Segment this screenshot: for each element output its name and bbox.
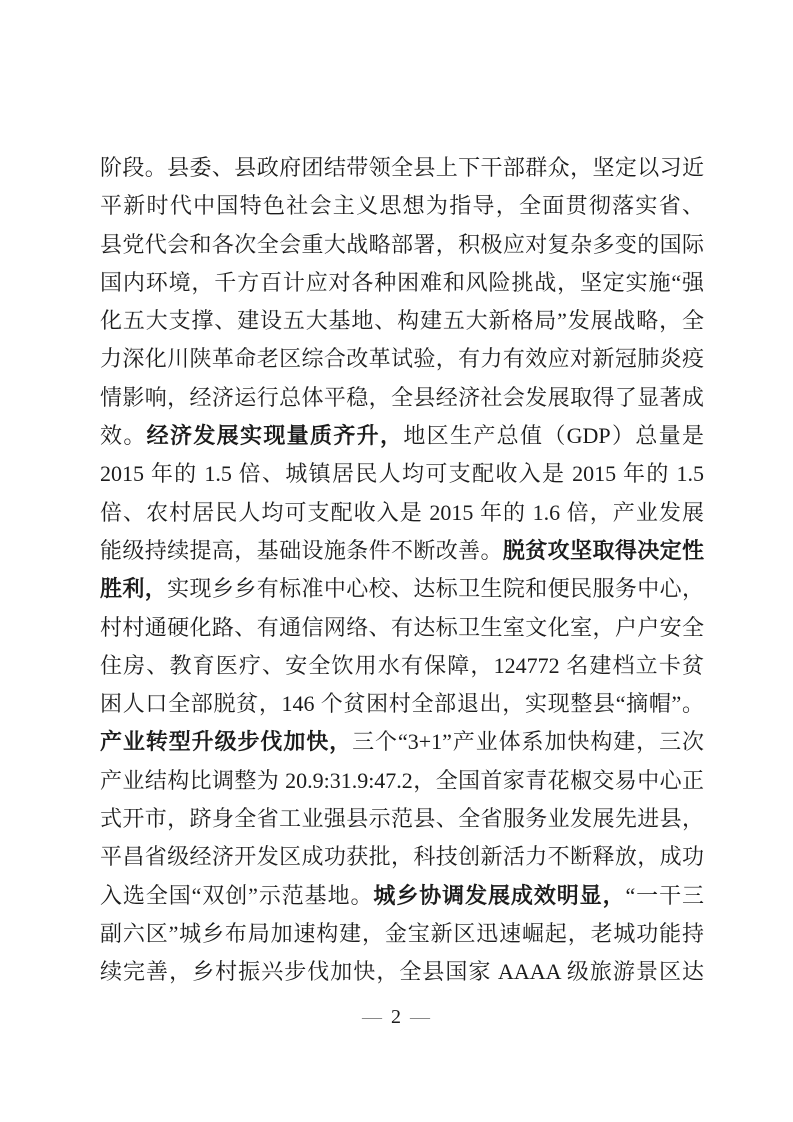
body-text: 续完善，乡村振兴步伐加快，全县国家 AAAA 级旅游景区达: [100, 959, 704, 984]
footer-dash-left: —: [362, 1006, 383, 1028]
emphasis-text: 经济发展实现量质齐升，: [147, 423, 404, 448]
body-text: 地区生产总值（GDP）总量是: [403, 423, 704, 448]
text-line: 化五大支撑、建设五大基地、构建五大新格局”发展战略，全: [100, 302, 704, 340]
body-text: 村村通硬化路、有通信网络、有达标卫生室文化室，户户安全: [100, 615, 704, 640]
text-line: 入选全国“双创”示范基地。城乡协调发展成效明显，“一干三: [100, 877, 704, 915]
body-text: 副六区”城乡布局加速构建，金宝新区迅速崛起，老城功能持: [100, 921, 704, 946]
text-line: 倍、农村居民人均可支配收入是 2015 年的 1.6 倍，产业发展: [100, 494, 704, 532]
text-line: 平昌省级经济开发区成功获批，科技创新活力不断释放，成功: [100, 838, 704, 876]
emphasis-text: 胜利，: [100, 576, 167, 601]
body-text: 三个“3+1”产业体系加快构建，三次: [352, 729, 704, 754]
body-text: 能级持续提高，基础设施条件不断改善。: [100, 538, 503, 563]
text-line: 产业结构比调整为 20.9:31.9:47.2，全国首家青花椒交易中心正: [100, 762, 704, 800]
body-text: 产业结构比调整为 20.9:31.9:47.2，全国首家青花椒交易中心正: [100, 768, 704, 793]
body-text: 化五大支撑、建设五大基地、构建五大新格局”发展战略，全: [100, 308, 704, 333]
body-text: 住房、教育医疗、安全饮用水有保障，124772 名建档立卡贫: [100, 653, 704, 678]
emphasis-text: 城乡协调发展成效明显，: [373, 883, 625, 908]
body-text: 实现乡乡有标准中心校、达标卫生院和便民服务中心，: [167, 576, 704, 601]
text-line: 平新时代中国特色社会主义思想为指导，全面贯彻落实省、市、: [100, 187, 704, 225]
page-number: 2: [389, 1006, 404, 1028]
text-line: 胜利，实现乡乡有标准中心校、达标卫生院和便民服务中心，: [100, 570, 704, 608]
emphasis-text: 产业转型升级步伐加快，: [100, 729, 352, 754]
text-line: 续完善，乡村振兴步伐加快，全县国家 AAAA 级旅游景区达: [100, 953, 704, 991]
body-text: 平新时代中国特色社会主义思想为指导，全面贯彻落实省、市、: [100, 193, 704, 225]
body-text: 县党代会和各次全会重大战略部署，积极应对复杂多变的国际: [100, 232, 704, 257]
page-footer: — 2 —: [0, 1002, 793, 1032]
body-text: 国内环境，千方百计应对各种困难和风险挑战，坚定实施“强: [100, 270, 704, 295]
text-line: 式开市，跻身全省工业强县示范县、全省服务业发展先进县，: [100, 800, 704, 838]
text-line: 能级持续提高，基础设施条件不断改善。脱贫攻坚取得决定性: [100, 532, 704, 570]
body-text: “一干三: [625, 883, 704, 908]
text-line: 2015 年的 1.5 倍、城镇居民人均可支配收入是 2015 年的 1.5: [100, 455, 704, 493]
body-text: 效。: [100, 423, 147, 448]
text-line: 县党代会和各次全会重大战略部署，积极应对复杂多变的国际: [100, 226, 704, 264]
body-text: 平昌省级经济开发区成功获批，科技创新活力不断释放，成功: [100, 844, 704, 869]
text-line: 副六区”城乡布局加速构建，金宝新区迅速崛起，老城功能持: [100, 915, 704, 953]
text-line: 困人口全部脱贫，146 个贫困村全部退出，实现整县“摘帽”。: [100, 685, 704, 723]
body-text: 式开市，跻身全省工业强县示范县、全省服务业发展先进县，: [100, 806, 704, 831]
text-line: 住房、教育医疗、安全饮用水有保障，124772 名建档立卡贫: [100, 647, 704, 685]
emphasis-text: 脱贫攻坚取得决定性: [503, 538, 704, 563]
text-line: 阶段。县委、县政府团结带领全县上下干部群众，坚定以习近: [100, 149, 704, 187]
text-line: 情影响，经济运行总体平稳，全县经济社会发展取得了显著成: [100, 379, 704, 417]
body-text: 困人口全部脱贫，146 个贫困村全部退出，实现整县“摘帽”。: [100, 691, 704, 716]
footer-dash-right: —: [410, 1006, 431, 1028]
document-page: 阶段。县委、县政府团结带领全县上下干部群众，坚定以习近平新时代中国特色社会主义思…: [0, 0, 793, 1122]
body-text: 阶段。县委、县政府团结带领全县上下干部群众，坚定以习近: [100, 155, 704, 180]
text-line: 国内环境，千方百计应对各种困难和风险挑战，坚定实施“强: [100, 264, 704, 302]
text-line: 村村通硬化路、有通信网络、有达标卫生室文化室，户户安全: [100, 609, 704, 647]
body-text: 倍、农村居民人均可支配收入是 2015 年的 1.6 倍，产业发展: [100, 500, 704, 525]
body-text: 力深化川陕革命老区综合改革试验，有力有效应对新冠肺炎疫: [100, 346, 704, 371]
document-body: 阶段。县委、县政府团结带领全县上下干部群众，坚定以习近平新时代中国特色社会主义思…: [100, 149, 704, 992]
text-line: 力深化川陕革命老区综合改革试验，有力有效应对新冠肺炎疫: [100, 340, 704, 378]
body-text: 情影响，经济运行总体平稳，全县经济社会发展取得了显著成: [100, 385, 704, 410]
text-line: 产业转型升级步伐加快，三个“3+1”产业体系加快构建，三次: [100, 723, 704, 761]
body-text: 入选全国“双创”示范基地。: [100, 883, 373, 908]
text-line: 效。经济发展实现量质齐升，地区生产总值（GDP）总量是: [100, 417, 704, 455]
body-text: 2015 年的 1.5 倍、城镇居民人均可支配收入是 2015 年的 1.5: [100, 461, 704, 486]
